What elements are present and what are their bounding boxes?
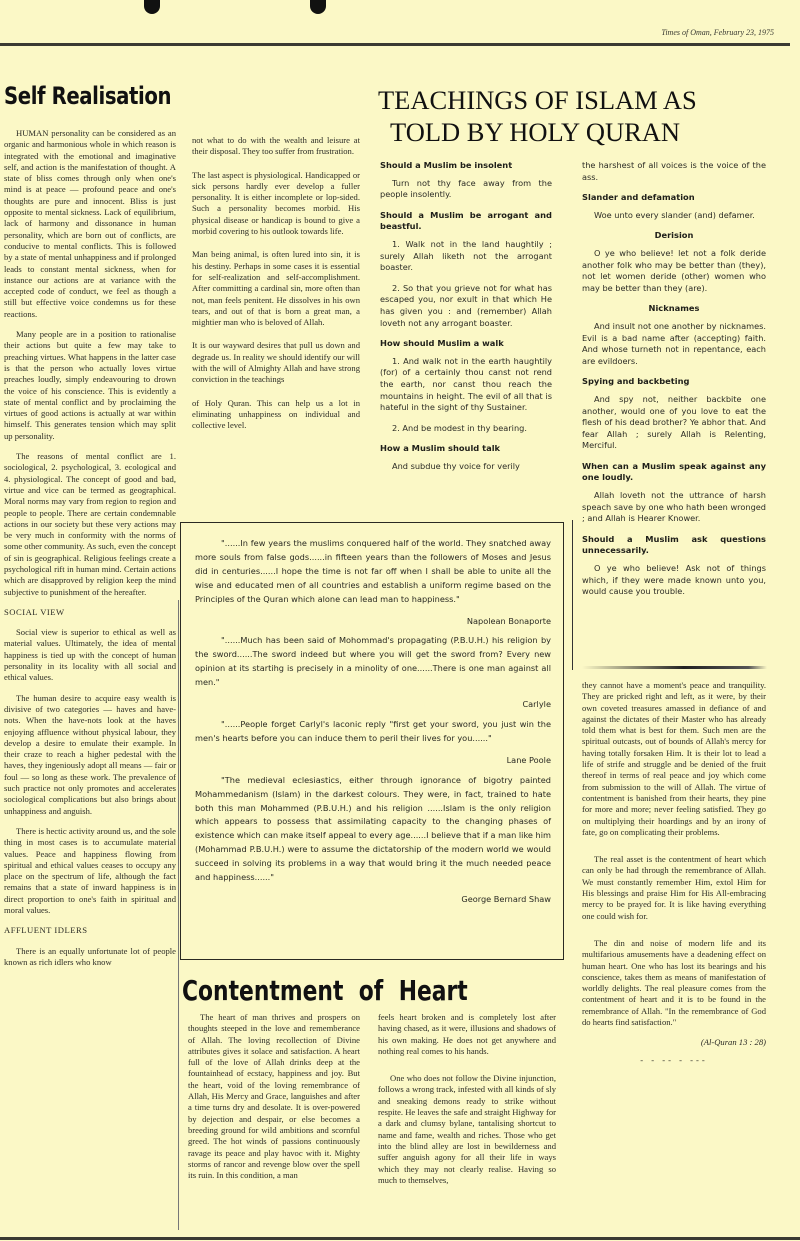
- verse: And subdue thy voice for verily: [380, 461, 552, 473]
- masthead-dateline: Times of Oman, February 23, 1975: [661, 28, 774, 37]
- self-realisation-col1: HUMAN personality can be considered as a…: [4, 128, 176, 977]
- paragraph: HUMAN personality can be considered as a…: [4, 128, 176, 320]
- page-bottom-rule: [0, 1237, 800, 1240]
- self-realisation-col2: not what to do with the wealth and leisu…: [192, 135, 360, 441]
- subheading: Spying and backbeting: [582, 376, 766, 388]
- subheading: Derision: [582, 230, 766, 242]
- paragraph: There is hectic activity around us, and …: [4, 826, 176, 916]
- binder-hole-right: [310, 0, 326, 14]
- quran-reference: (Al-Quran 13 : 28): [582, 1037, 766, 1048]
- paragraph: The din and noise of modern life and its…: [582, 938, 766, 1028]
- quote-author: Napolean Bonaporte: [195, 615, 551, 629]
- verse: 2. So that you grieve not for what has e…: [380, 283, 552, 329]
- verse: 1. Walk not in the land haughtily ; sure…: [380, 239, 552, 274]
- paragraph: It is our wayward desires that pull us d…: [192, 340, 360, 385]
- subheading: Should a Muslim be arrogant and beastful…: [380, 210, 552, 233]
- verse: Turn not thy face away from the people i…: [380, 178, 552, 201]
- quote-author: George Bernard Shaw: [195, 893, 551, 907]
- subheading: Should a Muslim ask questions unnecessar…: [582, 534, 766, 557]
- teachings-col-b: the harshest of all voices is the voice …: [582, 160, 766, 607]
- paragraph: There is an equally unfortunate lot of p…: [4, 946, 176, 969]
- quote-text: "......People forget Carlyl's laconic re…: [195, 718, 551, 746]
- verse: 2. And be modest in thy bearing.: [380, 423, 552, 435]
- subheading: Nicknames: [582, 303, 766, 315]
- subheading: Should a Muslim be insolent: [380, 160, 552, 172]
- quote-text: "......Much has been said of Mohommad's …: [195, 634, 551, 690]
- title-line-1: TEACHINGS OF ISLAM AS: [378, 84, 697, 116]
- section-rule: [582, 666, 767, 669]
- contentment-col1: The heart of man thrives and prospers on…: [188, 1012, 360, 1190]
- section-heading-affluent-idlers: AFFLUENT IDLERS: [4, 925, 176, 936]
- paragraph: Social view is superior to ethical as we…: [4, 627, 176, 683]
- verse: 1. And walk not in the earth haughtily (…: [380, 356, 552, 414]
- verse: O ye who believe! let not a folk deride …: [582, 248, 766, 294]
- verse: the harshest of all voices is the voice …: [582, 160, 766, 183]
- verse: Allah loveth not the uttrance of harsh s…: [582, 490, 766, 525]
- paragraph: of Holy Quran. This can help us a lot in…: [192, 398, 360, 432]
- contentment-col3: they cannot have a moment's peace and tr…: [582, 680, 766, 1066]
- quote-text: "......In few years the muslims conquere…: [195, 537, 551, 607]
- verse: O ye who believe! Ask not of things whic…: [582, 563, 766, 598]
- column-divider: [572, 520, 573, 670]
- subheading: When can a Muslim speak against any one …: [582, 461, 766, 484]
- subheading: Slander and defamation: [582, 192, 766, 204]
- column-divider: [178, 600, 179, 1230]
- subheading: How should Muslim a walk: [380, 338, 552, 350]
- paragraph: One who does not follow the Divine injun…: [378, 1073, 556, 1186]
- subheading: How a Muslim should talk: [380, 443, 552, 455]
- paragraph: they cannot have a moment's peace and tr…: [582, 680, 766, 838]
- paragraph: The last aspect is physiological. Handic…: [192, 170, 360, 238]
- quotes-box: "......In few years the muslims conquere…: [180, 522, 564, 960]
- paragraph: The heart of man thrives and prospers on…: [188, 1012, 360, 1181]
- paragraph: Man being animal, is often lured into si…: [192, 249, 360, 328]
- article-title-contentment: Contentment of Heart: [182, 974, 468, 1007]
- paragraph: The reasons of mental conflict are 1. so…: [4, 451, 176, 598]
- title-line-2: TOLD BY HOLY QURAN: [378, 116, 697, 148]
- verse: And insult not one another by nicknames.…: [582, 321, 766, 367]
- verse: Woe unto every slander (and) defamer.: [582, 210, 766, 222]
- paragraph: The real asset is the contentment of hea…: [582, 854, 766, 922]
- binder-hole-left: [144, 0, 160, 14]
- paragraph: Many people are in a position to rationa…: [4, 329, 176, 442]
- section-heading-social-view: SOCIAL VIEW: [4, 607, 176, 618]
- article-title-self-realisation: Self Realisation: [4, 82, 171, 110]
- quote-author: Carlyle: [195, 698, 551, 712]
- teachings-col-a: Should a Muslim be insolent Turn not thy…: [380, 160, 552, 481]
- verse: And spy not, neither backbite one anothe…: [582, 394, 766, 452]
- paragraph: The human desire to acquire easy wealth …: [4, 693, 176, 817]
- quote-text: "The medieval eclesiastics, either throu…: [195, 774, 551, 885]
- end-dashes: - - -- - ---: [582, 1055, 766, 1066]
- article-title-teachings: TEACHINGS OF ISLAM AS TOLD BY HOLY QURAN: [378, 84, 697, 148]
- quote-author: Lane Poole: [195, 754, 551, 768]
- masthead-rule: [0, 43, 790, 46]
- contentment-col2: feels heart broken and is completely los…: [378, 1012, 556, 1195]
- paragraph: feels heart broken and is completely los…: [378, 1012, 556, 1057]
- paragraph: not what to do with the wealth and leisu…: [192, 135, 360, 158]
